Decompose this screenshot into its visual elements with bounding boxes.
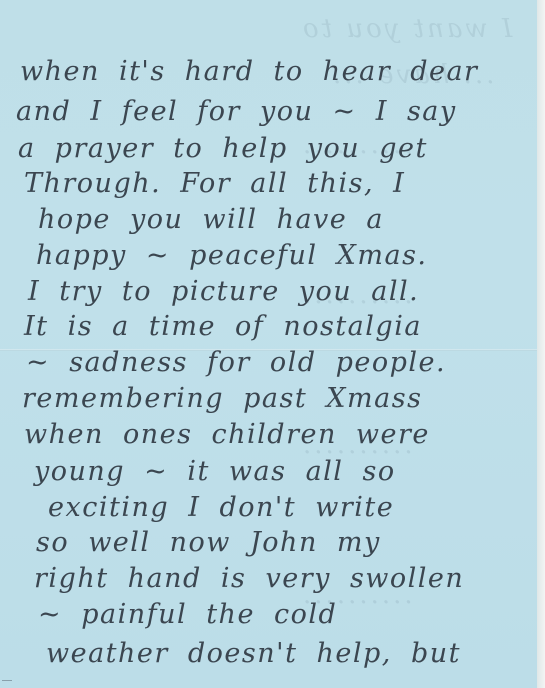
text-line: remembering past Xmass — [22, 385, 422, 412]
text-line: right hand is very swollen — [34, 565, 464, 592]
text-line: and I feel for you ~ I say — [16, 98, 457, 125]
text-line: when ones children were — [24, 421, 430, 448]
bleed-through-line: I want you to — [300, 14, 512, 44]
text-line: so well now John my — [36, 529, 381, 556]
text-line: exciting I don't write — [48, 494, 394, 521]
text-line: a prayer to help you get — [18, 135, 428, 162]
text-line: Through. For all this, I — [24, 170, 405, 197]
text-line: weather doesn't help, but — [46, 640, 461, 667]
scan-margin — [537, 0, 545, 688]
text-line: I try to picture you all. — [28, 278, 419, 305]
letter-page: I want you to... have ..................… — [0, 0, 537, 688]
text-line: hope you will have a — [38, 206, 384, 233]
text-line: happy ~ peaceful Xmas. — [36, 242, 428, 269]
text-line: ~ sadness for old people. — [26, 349, 446, 376]
text-line: It is a time of nostalgia — [24, 313, 422, 340]
text-line: when it's hard to hear dear — [20, 58, 478, 85]
text-line: ~ painful the cold — [38, 601, 337, 628]
corner-mark — [2, 680, 12, 685]
text-line: young ~ it was all so — [34, 458, 396, 485]
